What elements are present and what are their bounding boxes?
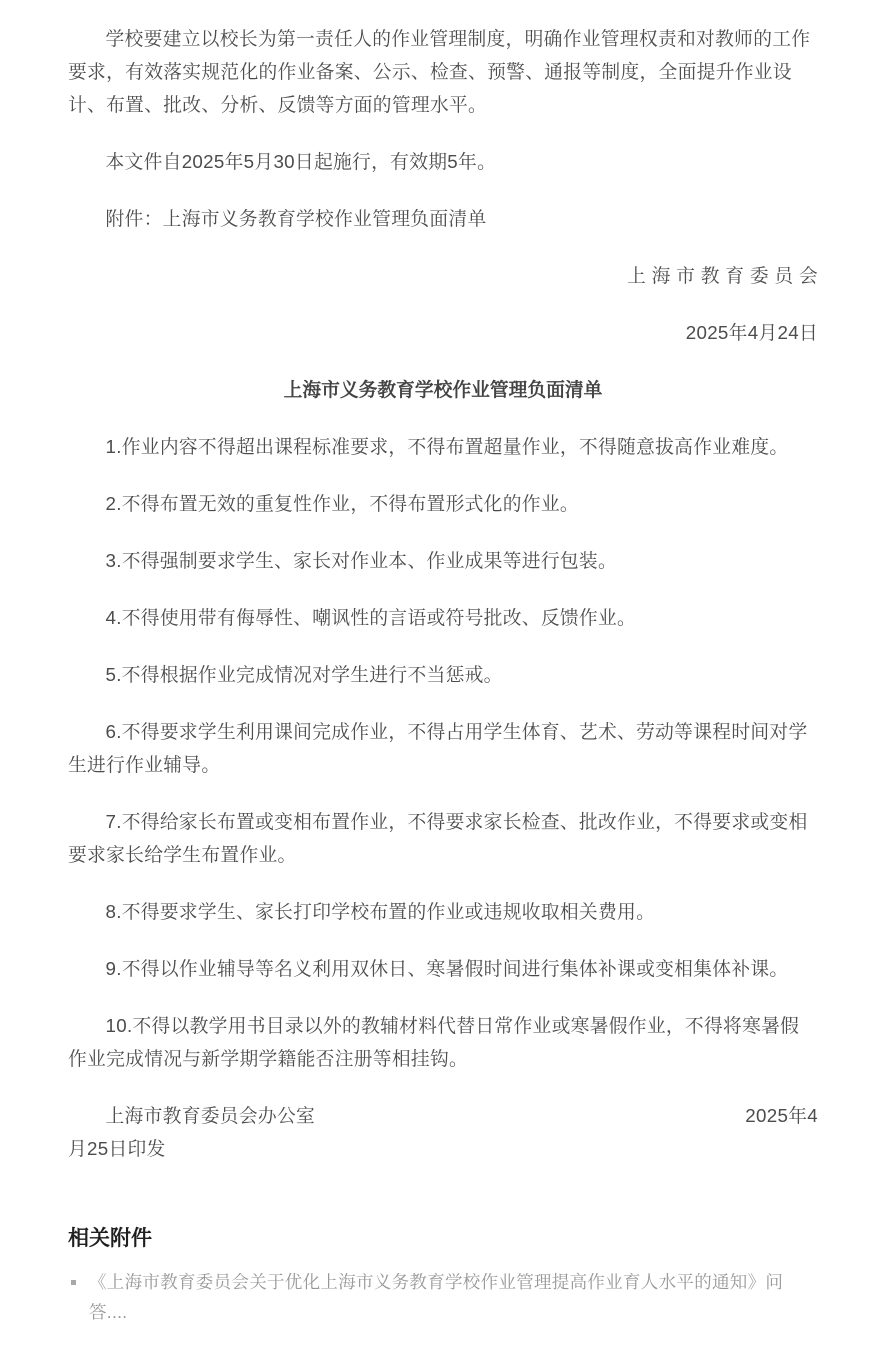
negative-list-item-7: 7.不得给家长布置或变相布置作业，不得要求家长检查、批改作业，不得要求或变相要求… [68,805,818,871]
signature-issuer: 上 海 市 教 育 委 员 会 [68,259,818,292]
paragraph-management-system: 学校要建立以校长为第一责任人的作业管理制度，明确作业管理权责和对教师的工作要求，… [68,22,818,121]
negative-list-item-3: 3.不得强制要求学生、家长对作业本、作业成果等进行包装。 [68,544,818,577]
imprint-line-1: 上海市教育委员会办公室 2025年4 [68,1099,818,1132]
related-attachments-section: 相关附件 《上海市教育委员会关于优化上海市义务教育学校作业管理提高作业育人水平的… [68,1224,818,1327]
negative-list-item-1: 1.作业内容不得超出课程标准要求，不得布置超量作业，不得随意拔高作业难度。 [68,430,818,463]
imprint-date-start: 2025年4 [745,1099,818,1132]
negative-list-item-5: 5.不得根据作业完成情况对学生进行不当惩戒。 [68,658,818,691]
notice-body: 学校要建立以校长为第一责任人的作业管理制度，明确作业管理权责和对教师的工作要求，… [68,22,818,1165]
negative-list-item-9: 9.不得以作业辅导等名义利用双休日、寒暑假时间进行集体补课或变相集体补课。 [68,952,818,985]
bullet-square-icon [71,1280,76,1285]
annex-title: 上海市义务教育学校作业管理负面清单 [68,373,818,406]
negative-list-item-4: 4.不得使用带有侮辱性、嘲讽性的言语或符号批改、反馈作业。 [68,601,818,634]
paragraph-annex-note: 附件：上海市义务教育学校作业管理负面清单 [68,202,818,235]
negative-list-item-10: 10.不得以教学用书目录以外的教辅材料代替日常作业或寒暑假作业，不得将寒暑假作业… [68,1009,818,1075]
imprint-date-end: 月25日印发 [68,1132,818,1165]
imprint-office: 上海市教育委员会办公室 [106,1099,316,1132]
negative-list-item-6: 6.不得要求学生利用课间完成作业，不得占用学生体育、艺术、劳动等课程时间对学生进… [68,715,818,781]
paragraph-effective-date: 本文件自2025年5月30日起施行，有效期5年。 [68,145,818,178]
signature-date: 2025年4月24日 [68,316,818,349]
negative-list-item-8: 8.不得要求学生、家长打印学校布置的作业或违规收取相关费用。 [68,895,818,928]
imprint: 上海市教育委员会办公室 2025年4 月25日印发 [68,1099,818,1165]
attachment-list-item: 《上海市教育委员会关于优化上海市义务教育学校作业管理提高作业育人水平的通知》问答… [68,1267,818,1327]
document-page: 学校要建立以校长为第一责任人的作业管理制度，明确作业管理权责和对教师的工作要求，… [0,0,886,1357]
negative-list-item-2: 2.不得布置无效的重复性作业，不得布置形式化的作业。 [68,487,818,520]
attachment-list: 《上海市教育委员会关于优化上海市义务教育学校作业管理提高作业育人水平的通知》问答… [68,1267,818,1327]
attachment-link[interactable]: 《上海市教育委员会关于优化上海市义务教育学校作业管理提高作业育人水平的通知》问答… [89,1267,818,1327]
related-attachments-heading: 相关附件 [68,1224,818,1253]
